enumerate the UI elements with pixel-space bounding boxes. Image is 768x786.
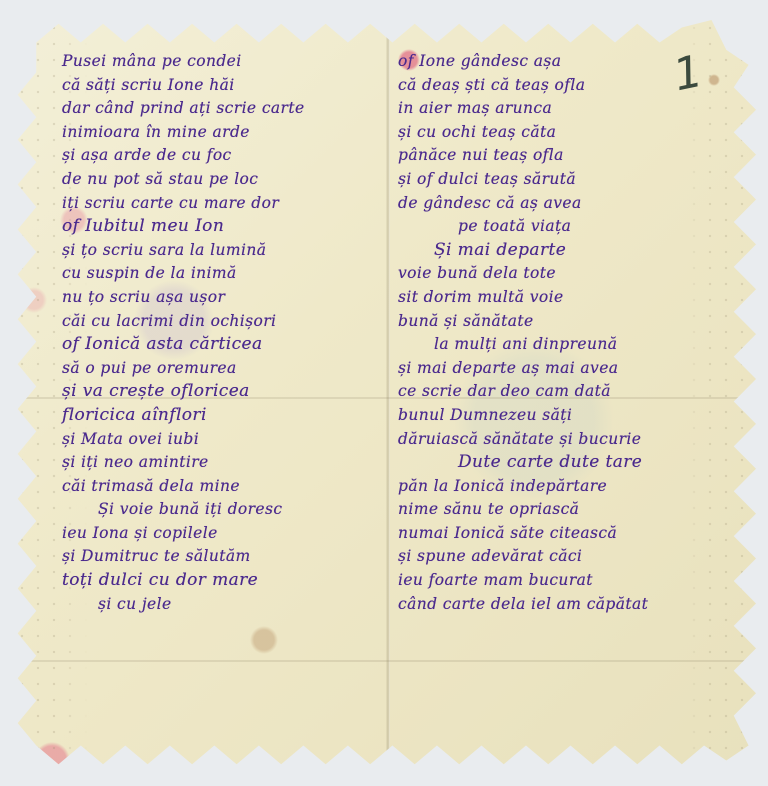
text-line: nime sănu te opriască [398, 498, 743, 522]
text-line: cu suspin de la inimă [62, 262, 382, 286]
text-line: când carte dela iel am căpătat [398, 593, 743, 617]
right-column-text: of Ione gândesc așa că deaș ști că teaș … [398, 50, 743, 616]
text-line: nu țo scriu așa ușor [62, 286, 382, 310]
text-line: ieu Iona și copilele [62, 522, 382, 546]
text-line: Și mai departe [398, 239, 743, 263]
text-line: că deaș ști că teaș ofla [398, 74, 743, 98]
text-line: Și voie bună iți doresc [62, 498, 382, 522]
text-line: iți scriu carte cu mare dor [62, 192, 382, 216]
text-line: și of dulci teaș sărută [398, 168, 743, 192]
text-line: căi trimasă dela mine [62, 475, 382, 499]
text-line: și mai departe aș mai avea [398, 357, 743, 381]
text-line: bunul Dumnezeu săți [398, 404, 743, 428]
text-line: pânăce nui teaș ofla [398, 144, 743, 168]
text-line: și Mata ovei iubi [62, 428, 382, 452]
vertical-fold-crease [386, 20, 390, 768]
text-line: ieu foarte mam bucurat [398, 569, 743, 593]
text-line: și spune adevărat căci [398, 545, 743, 569]
text-line: Dute carte dute tare [398, 451, 743, 475]
text-line: și Dumitruc te sălutăm [62, 545, 382, 569]
text-line: și va crește ofloricea [62, 380, 382, 404]
text-line: să o pui pe oremurea [62, 357, 382, 381]
text-line: bună și sănătate [398, 310, 743, 334]
text-line: of Ionică asta cărticea [62, 333, 382, 357]
text-line: și țo scriu sara la lumină [62, 239, 382, 263]
text-line: păn la Ionică indepărtare [398, 475, 743, 499]
text-line: dar când prind ați scrie carte [62, 97, 382, 121]
text-line: of Ione gândesc așa [398, 50, 743, 74]
text-line: of Iubitul meu Ion [62, 215, 382, 239]
text-line: și așa arde de cu foc [62, 144, 382, 168]
text-line: inimioara în mine arde [62, 121, 382, 145]
text-line: sit dorim multă voie [398, 286, 743, 310]
text-line: pe toată viața [398, 215, 743, 239]
text-line: in aier maș arunca [398, 97, 743, 121]
text-line: că săți scriu Ione hăi [62, 74, 382, 98]
text-line: toți dulci cu dor mare [62, 569, 382, 593]
left-column-text: Pusei mâna pe condei că săți scriu Ione … [62, 50, 382, 616]
text-line: Pusei mâna pe condei [62, 50, 382, 74]
text-line: și iți neo amintire [62, 451, 382, 475]
text-line: la mulți ani dinpreună [398, 333, 743, 357]
text-line: de nu pot să stau pe loc [62, 168, 382, 192]
horizontal-fold-crease [14, 660, 756, 662]
text-line: voie bună dela tote [398, 262, 743, 286]
text-line: și cu ochi teaș căta [398, 121, 743, 145]
text-line: de gândesc că aș avea [398, 192, 743, 216]
text-line: floricica aînflori [62, 404, 382, 428]
text-line: numai Ionică săte citească [398, 522, 743, 546]
text-line: căi cu lacrimi din ochișori [62, 310, 382, 334]
text-line: dăruiască sănătate și bucurie [398, 428, 743, 452]
text-line: ce scrie dar deo cam dată [398, 380, 743, 404]
text-line: și cu jele [62, 593, 382, 617]
